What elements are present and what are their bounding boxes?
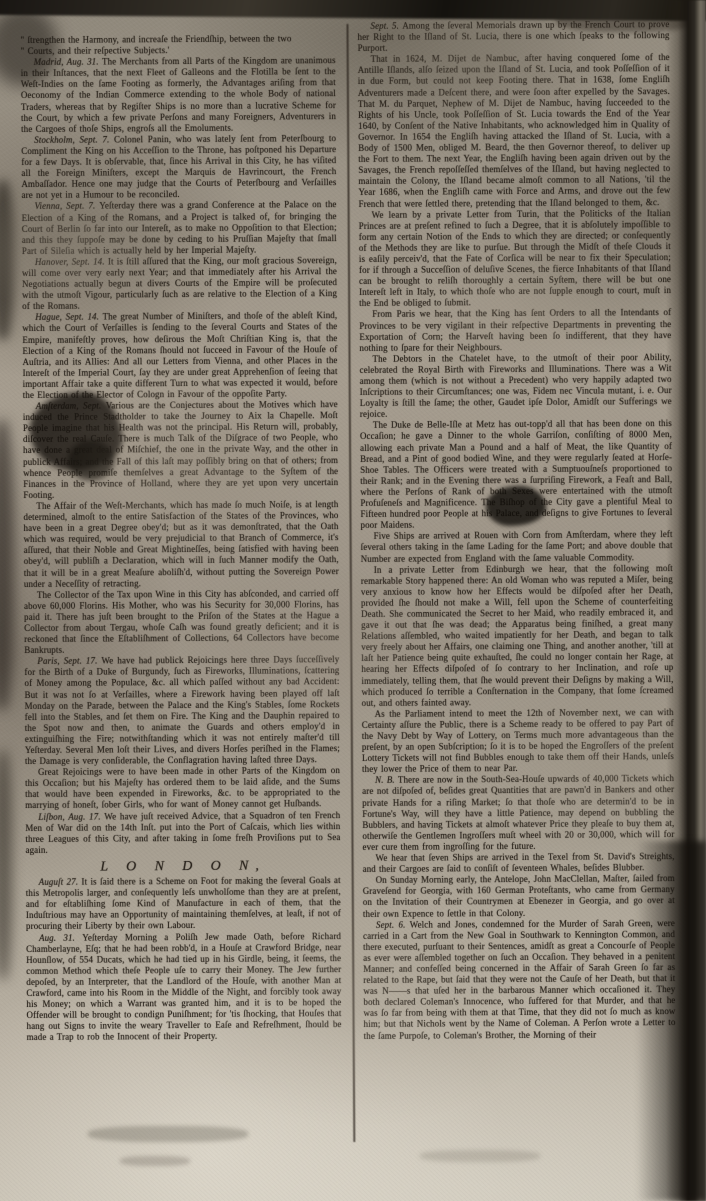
article-paragraph: Vienna, Sept. 7. Yeſterday there was a g… [22,199,337,256]
article-paragraph: The Collector of the Tax upon Wine in th… [24,588,339,656]
article-paragraph: N. B. There are now in the South-Sea-Hou… [362,773,674,853]
page-spine-shadow-bottom [636,841,706,1201]
article-paragraph: The Debtors in the Chatelet have, to the… [359,352,671,420]
article-dateline: Liſbon, Aug. 17. [38,811,104,821]
article-paragraph: We learn by a private Letter from Turin,… [359,208,672,310]
left-column: " ſtrengthen the Harmony, and increaſe t… [21,33,342,1043]
article-paragraph: Sept. 6. Welch and Jones, condemned for … [363,918,676,1042]
edge-smudge [0,420,14,710]
article-dateline: Paris, Sept. 17. [37,656,101,666]
article-dateline: Vienna, Sept. 7. [35,201,100,211]
quote-line: " ſtrengthen the Harmony, and increaſe t… [21,33,336,46]
edge-smudge [0,180,14,340]
article-dateline: Hague, Sept. 14. [35,312,102,322]
bleed-through-mark [120,1156,190,1166]
article-paragraph: In a private Letter from Edinburgh we he… [361,563,674,709]
article-paragraph: Aug. 31. Yeſterday Morning a Poliſh Jew … [26,931,342,1044]
article-paragraph: We hear that ſeven Ships are arrived in … [363,851,675,875]
edge-smudge [0,750,12,980]
column-divider-rule [346,24,354,1142]
article-paragraph: From Paris we hear, that the King has ſe… [359,307,671,353]
ink-stain [68,440,114,480]
opening-quote: " ſtrengthen the Harmony, and increaſe t… [21,33,336,57]
article-paragraph: The Affair of the Weſt-Merchants, which … [23,499,339,590]
article-paragraph: Madrid, Aug. 31. The Merchants from all … [21,55,336,135]
london-articles: Auguſt 27. It is ſaid there is a Scheme … [26,875,342,1043]
article-paragraph: On Sunday Morning early, the Antelope, J… [363,873,675,919]
article-dateline: Hanover, Sept. 14. [35,256,108,266]
right-column: Sept. 5. Among the ſeveral Memorials dra… [357,19,675,1042]
section-heading-london: L O N D O N, [26,860,341,873]
article-paragraph: Great Rejoicings were to have been made … [25,765,340,811]
bleed-through-mark [420,1150,540,1162]
article-dateline: Auguſt 27. [39,877,82,887]
article-dateline: Sept. 6. [376,919,410,929]
article-paragraph: Paris, Sept. 17. We have had publick Rej… [24,654,340,767]
article-paragraph: As the Parliament intend to meet the 12t… [362,707,674,775]
article-paragraph: That in 1624, M. Dijet de Nambuc, after … [358,52,671,209]
bleed-through-mark [88,1126,248,1142]
article-paragraph: Hague, Sept. 14. The great Number of Min… [22,310,338,401]
article-paragraph: Auguſt 27. It is ſaid there is a Scheme … [26,875,341,932]
article-dateline: Stockholm, Sept. 7. [34,134,114,144]
newspaper-scan-page: " ſtrengthen the Harmony, and increaſe t… [0,0,706,1201]
page-content: " ſtrengthen the Harmony, and increaſe t… [0,0,706,1201]
article-paragraph: Stockholm, Sept. 7. Colonel Panin, who w… [21,133,336,201]
article-dateline: Aug. 31. [39,932,82,942]
article-paragraph: Liſbon, Aug. 17. We have juſt received A… [25,810,340,856]
article-dateline: N. B. [375,775,398,785]
article-paragraph: Five Ships are arrived at Rouen with Cor… [361,529,673,564]
right-column-articles: Sept. 5. Among the ſeveral Memorials dra… [357,19,675,1042]
article-paragraph: Hanover, Sept. 14. It is ſtill aſſured t… [22,255,337,312]
article-dateline: Sept. 5. [370,21,402,31]
